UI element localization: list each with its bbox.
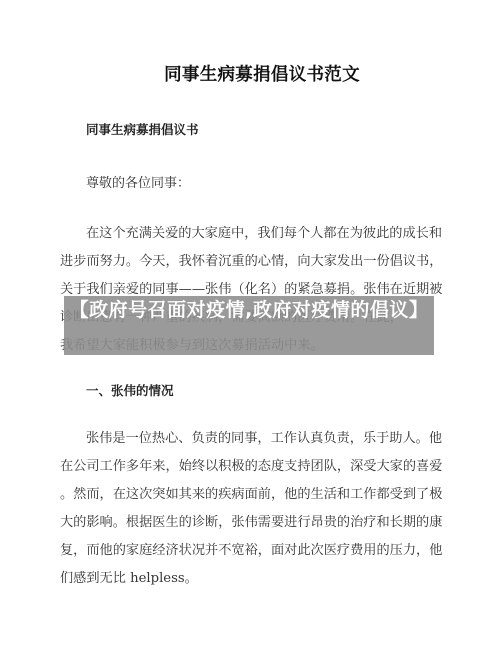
paragraph-line: 复，而他的家庭经济状况并不宽裕，面对此次医疗费用的压力，他 — [60, 537, 448, 565]
document-subtitle: 同事生病募捐倡议书 — [86, 120, 199, 138]
paragraph-line: 。然而，在这次突如其来的疾病面前，他的生活和工作都受到了极 — [60, 481, 448, 509]
overlay-title-banner: 【政府号召面对疫情,政府对疫情的倡议】 — [64, 296, 434, 355]
paragraph-situation: 张伟是一位热心、负责的同事，工作认真负责，乐于助人。他 在公司工作多年来，始终以… — [60, 425, 448, 593]
paragraph-line: 们感到无比 helpless。 — [60, 565, 448, 593]
paragraph-line: 在公司工作多年来，始终以积极的态度支持团队，深受大家的喜爱 — [60, 453, 448, 481]
greeting: 尊敬的各位同事： — [86, 172, 190, 191]
paragraph-line: 大的影响。根据医生的诊断，张伟需要进行昂贵的治疗和长期的康 — [60, 509, 448, 537]
paragraph-line: 进步而努力。今天，我怀着沉重的心情，向大家发出一份倡议书， — [60, 248, 448, 276]
document-title: 同事生病募捐倡议书范文 — [0, 61, 500, 86]
paragraph-line: 张伟是一位热心、负责的同事，工作认真负责，乐于助人。他 — [60, 425, 448, 453]
paragraph-line: 在这个充满关爱的大家庭中，我们每个人都在为彼此的成长和 — [60, 220, 448, 248]
banner-title: 【政府号召面对疫情,政府对疫情的倡议】 — [64, 298, 434, 322]
section-heading: 一、张伟的情况 — [86, 381, 174, 399]
